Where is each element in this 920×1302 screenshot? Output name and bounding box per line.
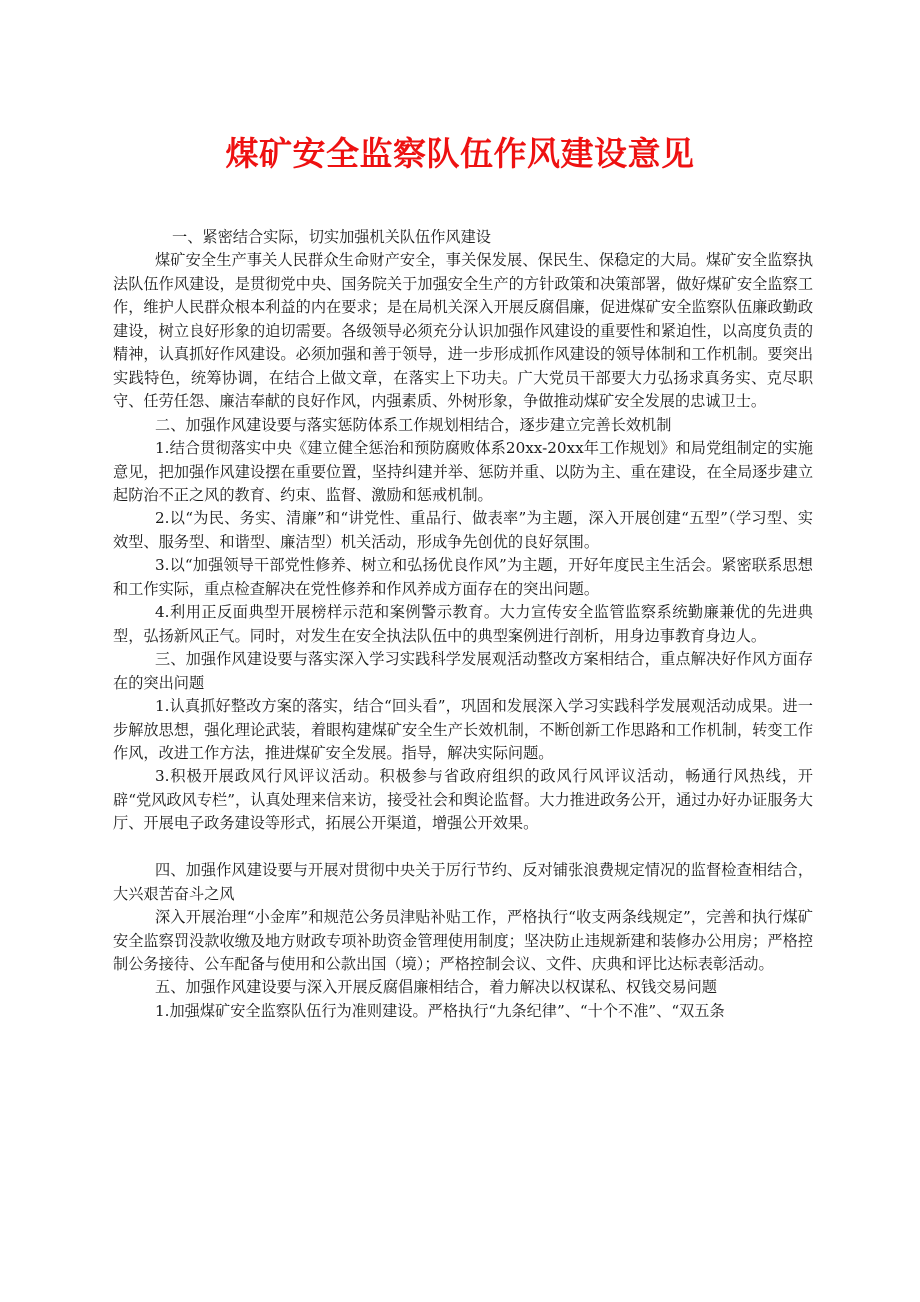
paragraph: 4.利用正反面典型开展榜样示范和案例警示教育。大力宣传安全监管监察系统勤廉兼优的…	[113, 601, 813, 648]
section-heading-3: 三、加强作风建设要与落实深入学习实践科学发展观活动整改方案相结合，重点解决好作风…	[113, 648, 813, 695]
paragraph: 煤矿安全生产事关人民群众生命财产安全，事关保发展、保民生、保稳定的大局。煤矿安全…	[113, 249, 813, 413]
paragraph: 1.认真抓好整改方案的落实，结合“回头看”，巩固和发展深入学习实践科学发展观活动…	[113, 695, 813, 765]
section-heading-4: 四、加强作风建设要与开展对贯彻中央关于厉行节约、反对铺张浪费规定情况的监督检查相…	[113, 859, 813, 906]
paragraph: 1.结合贯彻落实中央《建立健全惩治和预防腐败体系20xx-20xx年工作规划》和…	[113, 437, 813, 507]
paragraph: 1.加强煤矿安全监察队伍行为准则建设。严格执行“九条纪律”、“十个不准”、“双五…	[113, 1000, 813, 1023]
section-heading-1: 一、紧密结合实际，切实加强机关队伍作风建设	[113, 226, 813, 249]
blank-line	[113, 836, 813, 859]
document-page: 煤矿安全监察队伍作风建设意见 一、紧密结合实际，切实加强机关队伍作风建设 煤矿安…	[0, 0, 920, 1302]
paragraph: 深入开展治理“小金库”和规范公务员津贴补贴工作，严格执行“收支两条线规定”，完善…	[113, 906, 813, 976]
section-heading-2: 二、加强作风建设要与落实惩防体系工作规划相结合，逐步建立完善长效机制	[113, 414, 813, 437]
document-body: 一、紧密结合实际，切实加强机关队伍作风建设 煤矿安全生产事关人民群众生命财产安全…	[113, 226, 813, 1023]
paragraph: 3.以“加强领导干部党性修养、树立和弘扬优良作风”为主题，开好年度民主生活会。紧…	[113, 554, 813, 601]
paragraph: 3.积极开展政风行风评议活动。积极参与省政府组织的政风行风评议活动，畅通行风热线…	[113, 765, 813, 835]
section-heading-5: 五、加强作风建设要与深入开展反腐倡廉相结合，着力解决以权谋私、权钱交易问题	[113, 976, 813, 999]
paragraph: 2.以“为民、务实、清廉”和“讲党性、重品行、做表率”为主题，深入开展创建“五型…	[113, 507, 813, 554]
document-title: 煤矿安全监察队伍作风建设意见	[0, 128, 920, 175]
